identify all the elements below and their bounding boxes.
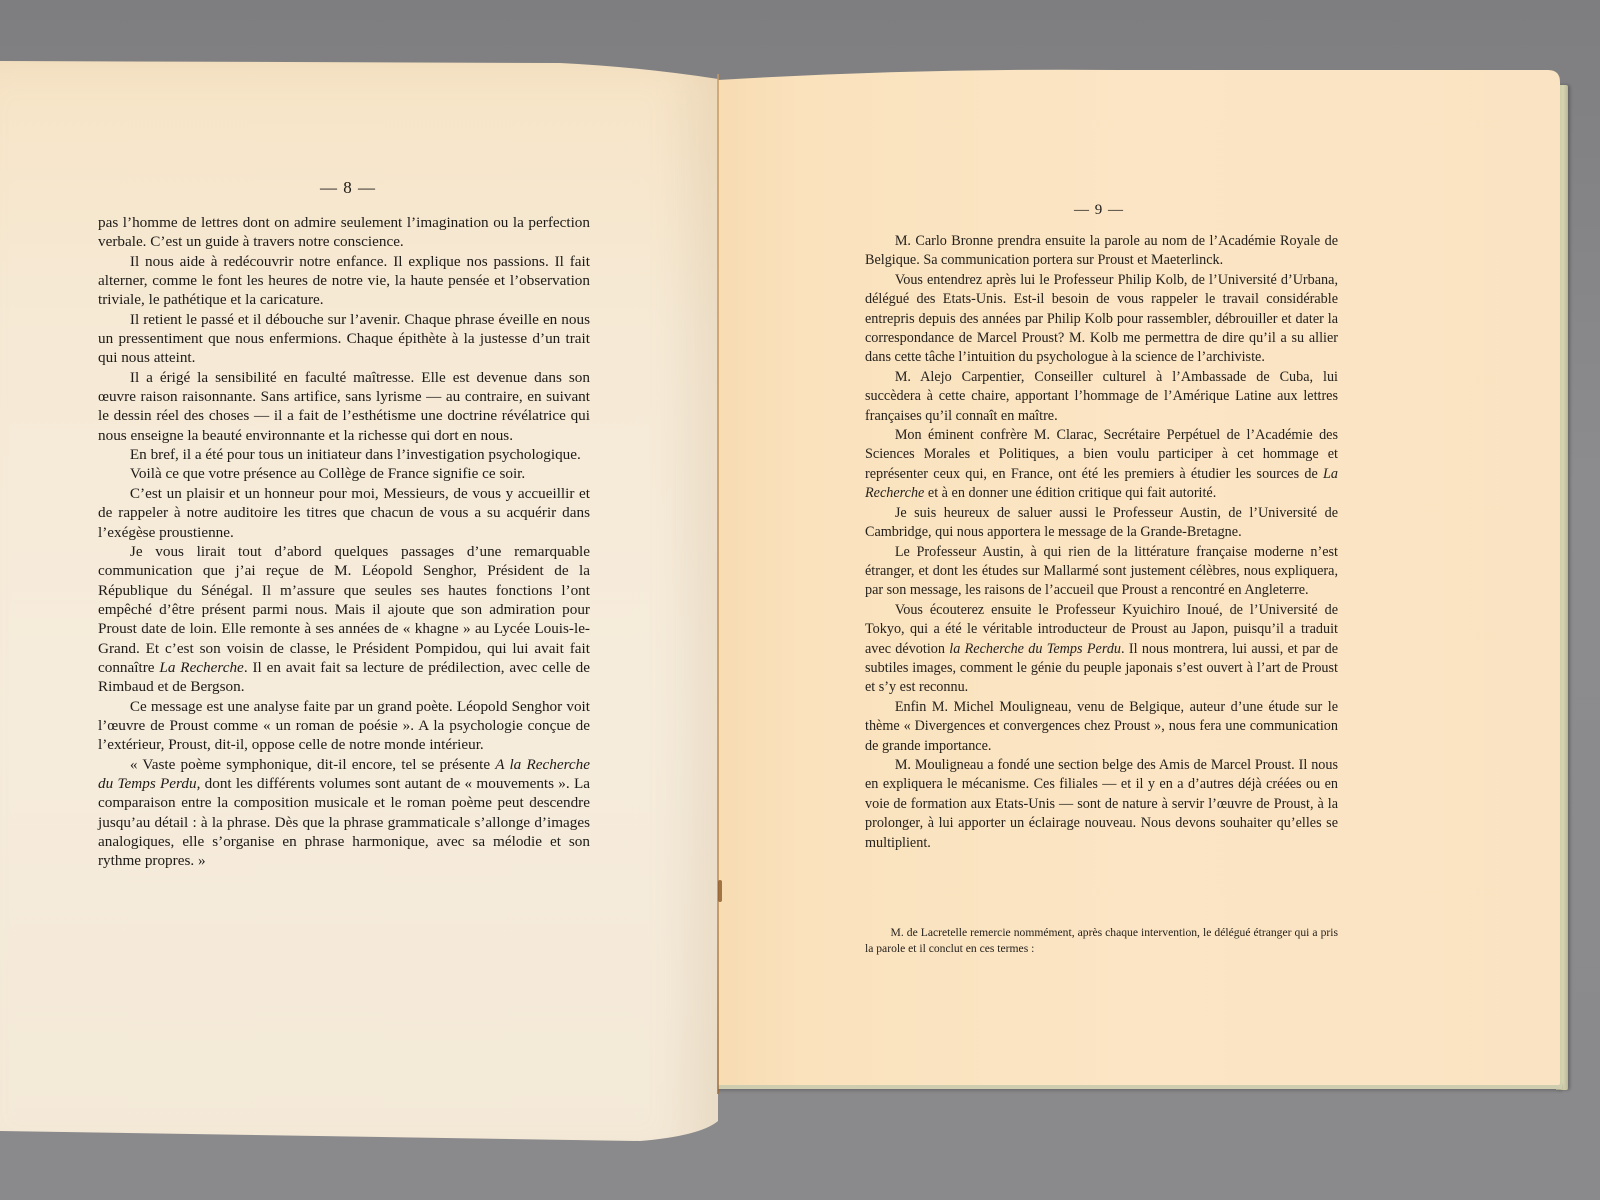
gutter-stain xyxy=(718,880,722,902)
editorial-note: M. de Lacretelle remercie nommément, apr… xyxy=(865,925,1338,957)
note-text: M. de Lacretelle remercie nommément, apr… xyxy=(865,925,1338,957)
italic-title: La Recherche xyxy=(159,659,243,676)
paragraph: Vous écouterez ensuite le Professeur Kyu… xyxy=(865,601,1338,698)
paragraph: Enfin M. Michel Mouligneau, venu de Belg… xyxy=(865,698,1338,756)
paragraph: M. Mouligneau a fondé une section belge … xyxy=(865,756,1338,853)
paragraph: Vous entendrez après lui le Professeur P… xyxy=(865,271,1338,368)
paragraph: En bref, il a été pour tous un initiateu… xyxy=(98,445,590,464)
paragraph: Je vous lirait tout d’abord quelques pas… xyxy=(98,542,590,697)
paragraph: Il retient le passé et il débouche sur l… xyxy=(98,310,590,368)
paragraph: C’est un plaisir et un honneur pour moi,… xyxy=(98,484,590,542)
paragraph: Il nous aide à redécouvrir notre enfance… xyxy=(98,252,590,310)
paragraph: « Vaste poème symphonique, dit-il encore… xyxy=(98,755,590,871)
left-page-body: pas l’homme de lettres dont on admire se… xyxy=(98,213,590,871)
paragraph: Voilà ce que votre présence au Collège d… xyxy=(98,464,590,483)
paragraph: pas l’homme de lettres dont on admire se… xyxy=(98,213,590,252)
paragraph: M. Alejo Carpentier, Conseiller culturel… xyxy=(865,368,1338,426)
page-number-8: — 8 — xyxy=(320,178,376,198)
paragraph: Mon éminent confrère M. Clarac, Secrétai… xyxy=(865,426,1338,504)
paragraph: M. Carlo Bronne prendra ensuite la parol… xyxy=(865,232,1338,271)
italic-title: la Recherche du Temps Perdu xyxy=(949,641,1121,657)
page-number-9: — 9 — xyxy=(1074,202,1124,219)
open-booklet: — 8 — pas l’homme de lettres dont on adm… xyxy=(0,0,1600,1200)
paragraph: Il a érigé la sensibilité en faculté maî… xyxy=(98,368,590,445)
right-page-body: M. Carlo Bronne prendra ensuite la parol… xyxy=(865,232,1338,853)
paragraph: Je suis heureux de saluer aussi le Profe… xyxy=(865,504,1338,543)
paragraph: Le Professeur Austin, à qui rien de la l… xyxy=(865,543,1338,601)
book-gutter xyxy=(717,74,719,1094)
paragraph: Ce message est une analyse faite par un … xyxy=(98,697,590,755)
